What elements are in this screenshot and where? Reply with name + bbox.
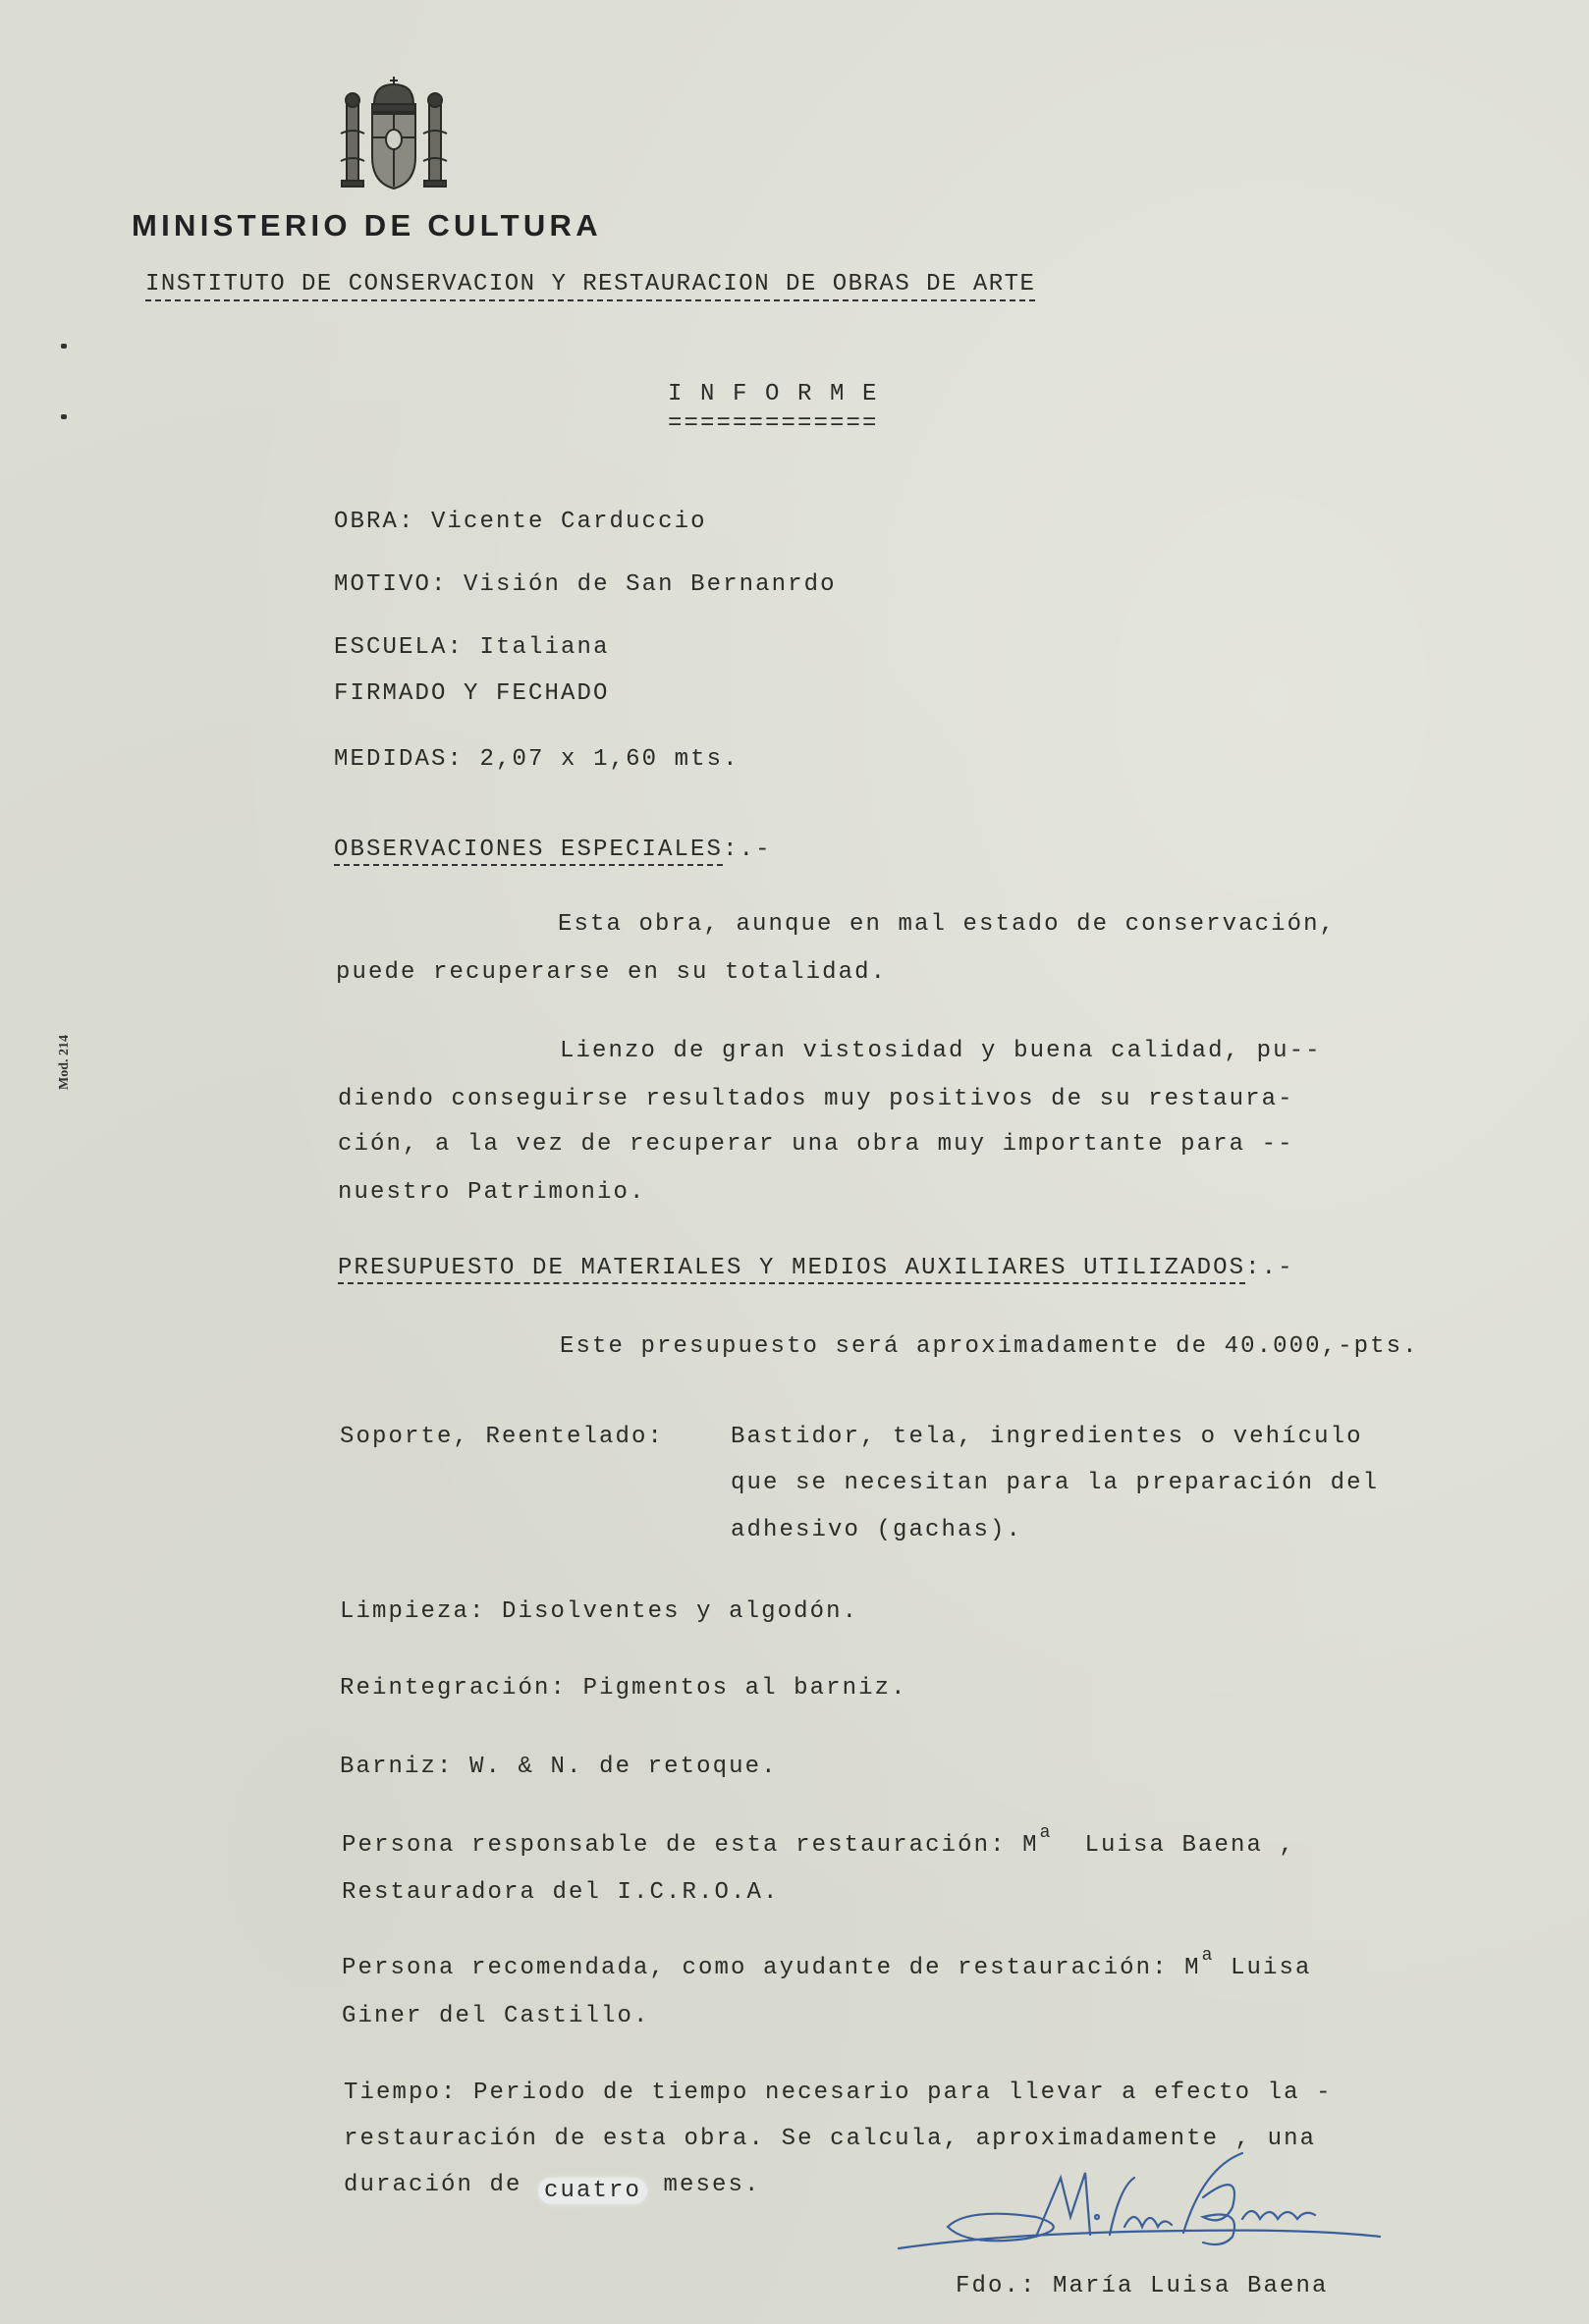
institute-name: INSTITUTO DE CONSERVACION Y RESTAURACION… <box>145 271 1035 301</box>
corrected-word: cuatro <box>538 2178 647 2204</box>
spanish-coat-of-arms-icon <box>337 75 451 190</box>
obs-paragraph-2-line-1: Lienzo de gran vistosidad y buena calida… <box>560 1038 1322 1064</box>
obs-paragraph-2-line-2: diendo conseguirse resultados muy positi… <box>338 1086 1294 1112</box>
item-soporte-line-2: que se necesitan para la preparación del <box>731 1470 1379 1496</box>
report-title-underline: ============= <box>668 410 879 437</box>
obs-paragraph-1-line-1: Esta obra, aunque en mal estado de conse… <box>558 911 1336 938</box>
responsible-person-line-1: Persona responsable de esta restauración… <box>342 1832 1295 1859</box>
signatory-name: Fdo.: María Luisa Baena <box>956 2273 1329 2299</box>
obs-paragraph-2-line-4: nuestro Patrimonio. <box>338 1179 646 1206</box>
obs-paragraph-1-line-2: puede recuperarse en su totalidad. <box>336 959 887 986</box>
handwritten-signature-icon <box>889 2148 1478 2266</box>
form-model-number: Mod. 214 <box>57 1035 73 1090</box>
budget-estimate: Este presupuesto será aproximadamente de… <box>560 1333 1419 1360</box>
obs-paragraph-2-line-3: ción, a la vez de recuperar una obra muy… <box>338 1131 1294 1158</box>
section-heading-observaciones: OBSERVACIONES ESPECIALES:.- <box>334 837 772 863</box>
field-obra: OBRA: Vicente Carduccio <box>334 509 707 535</box>
item-soporte-label: Soporte, Reentelado: <box>340 1424 664 1450</box>
section-heading-presupuesto: PRESUPUESTO DE MATERIALES Y MEDIOS AUXIL… <box>338 1255 1294 1281</box>
field-escuela: ESCUELA: Italiana <box>334 634 610 661</box>
recommended-assistant-line-1: Persona recomendada, como ayudante de re… <box>342 1955 1312 1981</box>
ministry-name: MINISTERIO DE CULTURA <box>132 208 602 243</box>
document-page: MINISTERIO DE CULTURA INSTITUTO DE CONSE… <box>0 0 1589 2324</box>
responsible-person-line-2: Restauradora del I.C.R.O.A. <box>342 1879 780 1906</box>
item-reintegracion: Reintegración: Pigmentos al barniz. <box>340 1675 907 1702</box>
item-limpieza: Limpieza: Disolventes y algodón. <box>340 1598 858 1625</box>
item-soporte-line-3: adhesivo (gachas). <box>731 1517 1022 1543</box>
report-title: I N F O R M E <box>668 381 879 407</box>
item-soporte-line-1: Bastidor, tela, ingredientes o vehículo <box>731 1424 1363 1450</box>
item-barniz: Barniz: W. & N. de retoque. <box>340 1754 778 1780</box>
recommended-assistant-line-2: Giner del Castillo. <box>342 2003 650 2029</box>
field-firmado: FIRMADO Y FECHADO <box>334 680 610 707</box>
field-medidas: MEDIDAS: 2,07 x 1,60 mts. <box>334 746 740 773</box>
margin-ticks <box>61 344 67 422</box>
field-motivo: MOTIVO: Visión de San Bernanrdo <box>334 571 837 598</box>
time-line-1: Tiempo: Periodo de tiempo necesario para… <box>344 2080 1333 2106</box>
time-line-3: duración de cuatro meses. <box>344 2172 761 2198</box>
